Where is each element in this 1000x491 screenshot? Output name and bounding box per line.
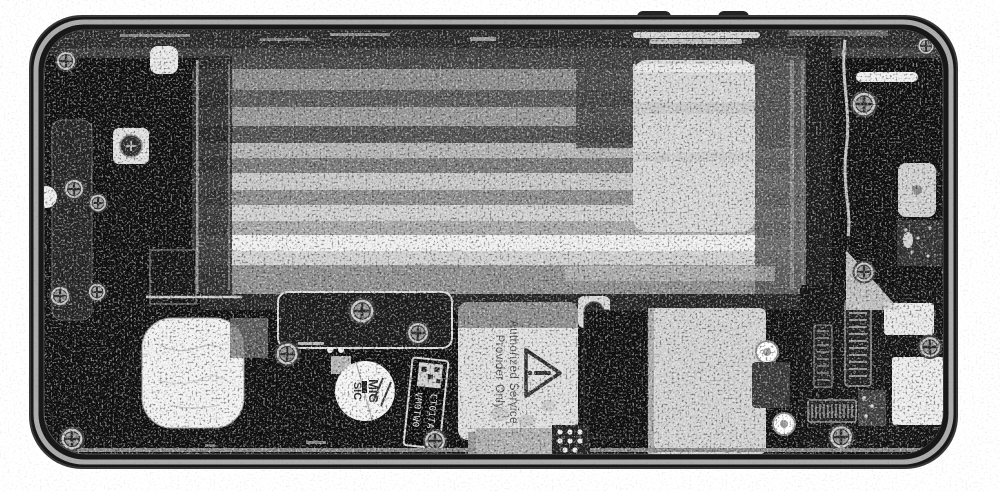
phone-internals-photo: MIC SIC CT01TA VM0TW0 Authorized Service bbox=[0, 0, 1000, 491]
photo-root: MIC SIC CT01TA VM0TW0 Authorized Service bbox=[0, 0, 1000, 491]
page-grain bbox=[0, 0, 1000, 491]
